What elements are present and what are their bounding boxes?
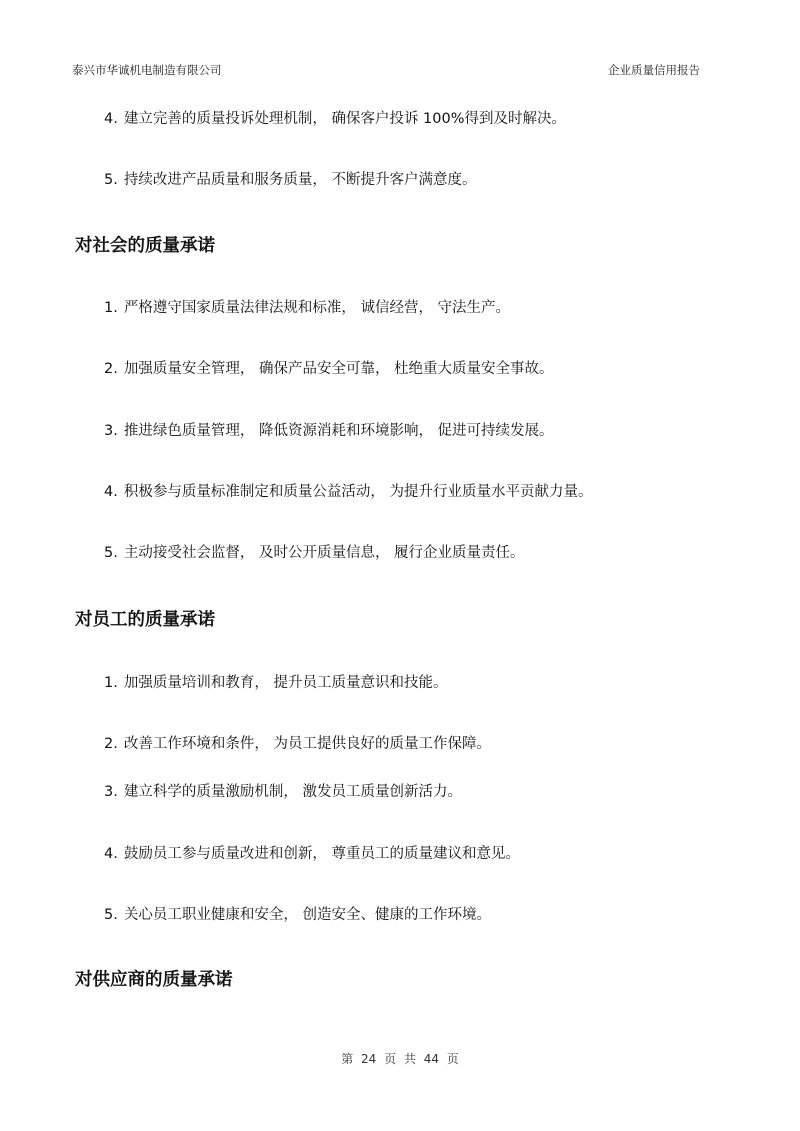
list-item: 3.推进绿色质量管理， 降低资源消耗和环境影响， 促进可持续发展。 <box>104 419 554 440</box>
section-heading-employees: 对员工的质量承诺 <box>75 606 215 631</box>
list-item: 5.持续改进产品质量和服务质量， 不断提升客户满意度。 <box>104 168 476 189</box>
item-number: 5. <box>104 172 118 188</box>
item-number: 3. <box>104 423 118 439</box>
item-number: 4. <box>104 846 118 862</box>
item-number: 4. <box>104 111 118 127</box>
item-number: 5. <box>104 545 118 561</box>
header-company-name: 泰兴市华诚机电制造有限公司 <box>72 62 222 78</box>
item-text: 持续改进产品质量和服务质量， 不断提升客户满意度。 <box>124 172 477 188</box>
list-item: 1.加强质量培训和教育， 提升员工质量意识和技能。 <box>104 671 447 692</box>
list-item: 5.主动接受社会监督， 及时公开质量信息， 履行企业质量责任。 <box>104 541 525 562</box>
page-number: 第 24 页 共 44 页 <box>0 1050 800 1067</box>
item-text: 推进绿色质量管理， 降低资源消耗和环境影响， 促进可持续发展。 <box>124 423 554 439</box>
item-number: 2. <box>104 736 118 752</box>
item-text: 严格遵守国家质量法律法规和标准， 诚信经营， 守法生产。 <box>124 300 510 316</box>
item-text: 改善工作环境和条件， 为员工提供良好的质量工作保障。 <box>124 736 491 752</box>
list-item: 5.关心员工职业健康和安全， 创造安全、健康的工作环境。 <box>104 903 491 924</box>
section-heading-suppliers: 对供应商的质量承诺 <box>75 966 233 991</box>
item-number: 1. <box>104 300 118 316</box>
section-heading-society: 对社会的质量承诺 <box>75 232 215 257</box>
item-text: 主动接受社会监督， 及时公开质量信息， 履行企业质量责任。 <box>124 545 525 561</box>
item-text: 加强质量培训和教育， 提升员工质量意识和技能。 <box>124 675 448 691</box>
list-item: 2.加强质量安全管理， 确保产品安全可靠， 杜绝重大质量安全事故。 <box>104 357 554 378</box>
list-item: 1.严格遵守国家质量法律法规和标准， 诚信经营， 守法生产。 <box>104 296 510 317</box>
item-text: 关心员工职业健康和安全， 创造安全、健康的工作环境。 <box>124 907 491 923</box>
item-number: 4. <box>104 484 118 500</box>
list-item: 3.建立科学的质量激励机制， 激发员工质量创新活力。 <box>104 780 462 801</box>
item-text: 建立科学的质量激励机制， 激发员工质量创新活力。 <box>124 784 462 800</box>
item-number: 1. <box>104 675 118 691</box>
item-text: 加强质量安全管理， 确保产品安全可靠， 杜绝重大质量安全事故。 <box>124 361 554 377</box>
list-item: 2.改善工作环境和条件， 为员工提供良好的质量工作保障。 <box>104 732 491 753</box>
item-text: 鼓励员工参与质量改进和创新， 尊重员工的质量建议和意见。 <box>124 846 520 862</box>
list-item: 4.鼓励员工参与质量改进和创新， 尊重员工的质量建议和意见。 <box>104 842 520 863</box>
item-number: 2. <box>104 361 118 377</box>
header-report-title: 企业质量信用报告 <box>608 62 700 78</box>
item-text: 积极参与质量标准制定和质量公益活动， 为提升行业质量水平贡献力量。 <box>124 484 593 500</box>
item-number: 3. <box>104 784 118 800</box>
list-item: 4.积极参与质量标准制定和质量公益活动， 为提升行业质量水平贡献力量。 <box>104 480 592 501</box>
item-text: 建立完善的质量投诉处理机制， 确保客户投诉 100%得到及时解决。 <box>124 111 566 127</box>
item-number: 5. <box>104 907 118 923</box>
list-item: 4.建立完善的质量投诉处理机制， 确保客户投诉 100%得到及时解决。 <box>104 107 566 128</box>
